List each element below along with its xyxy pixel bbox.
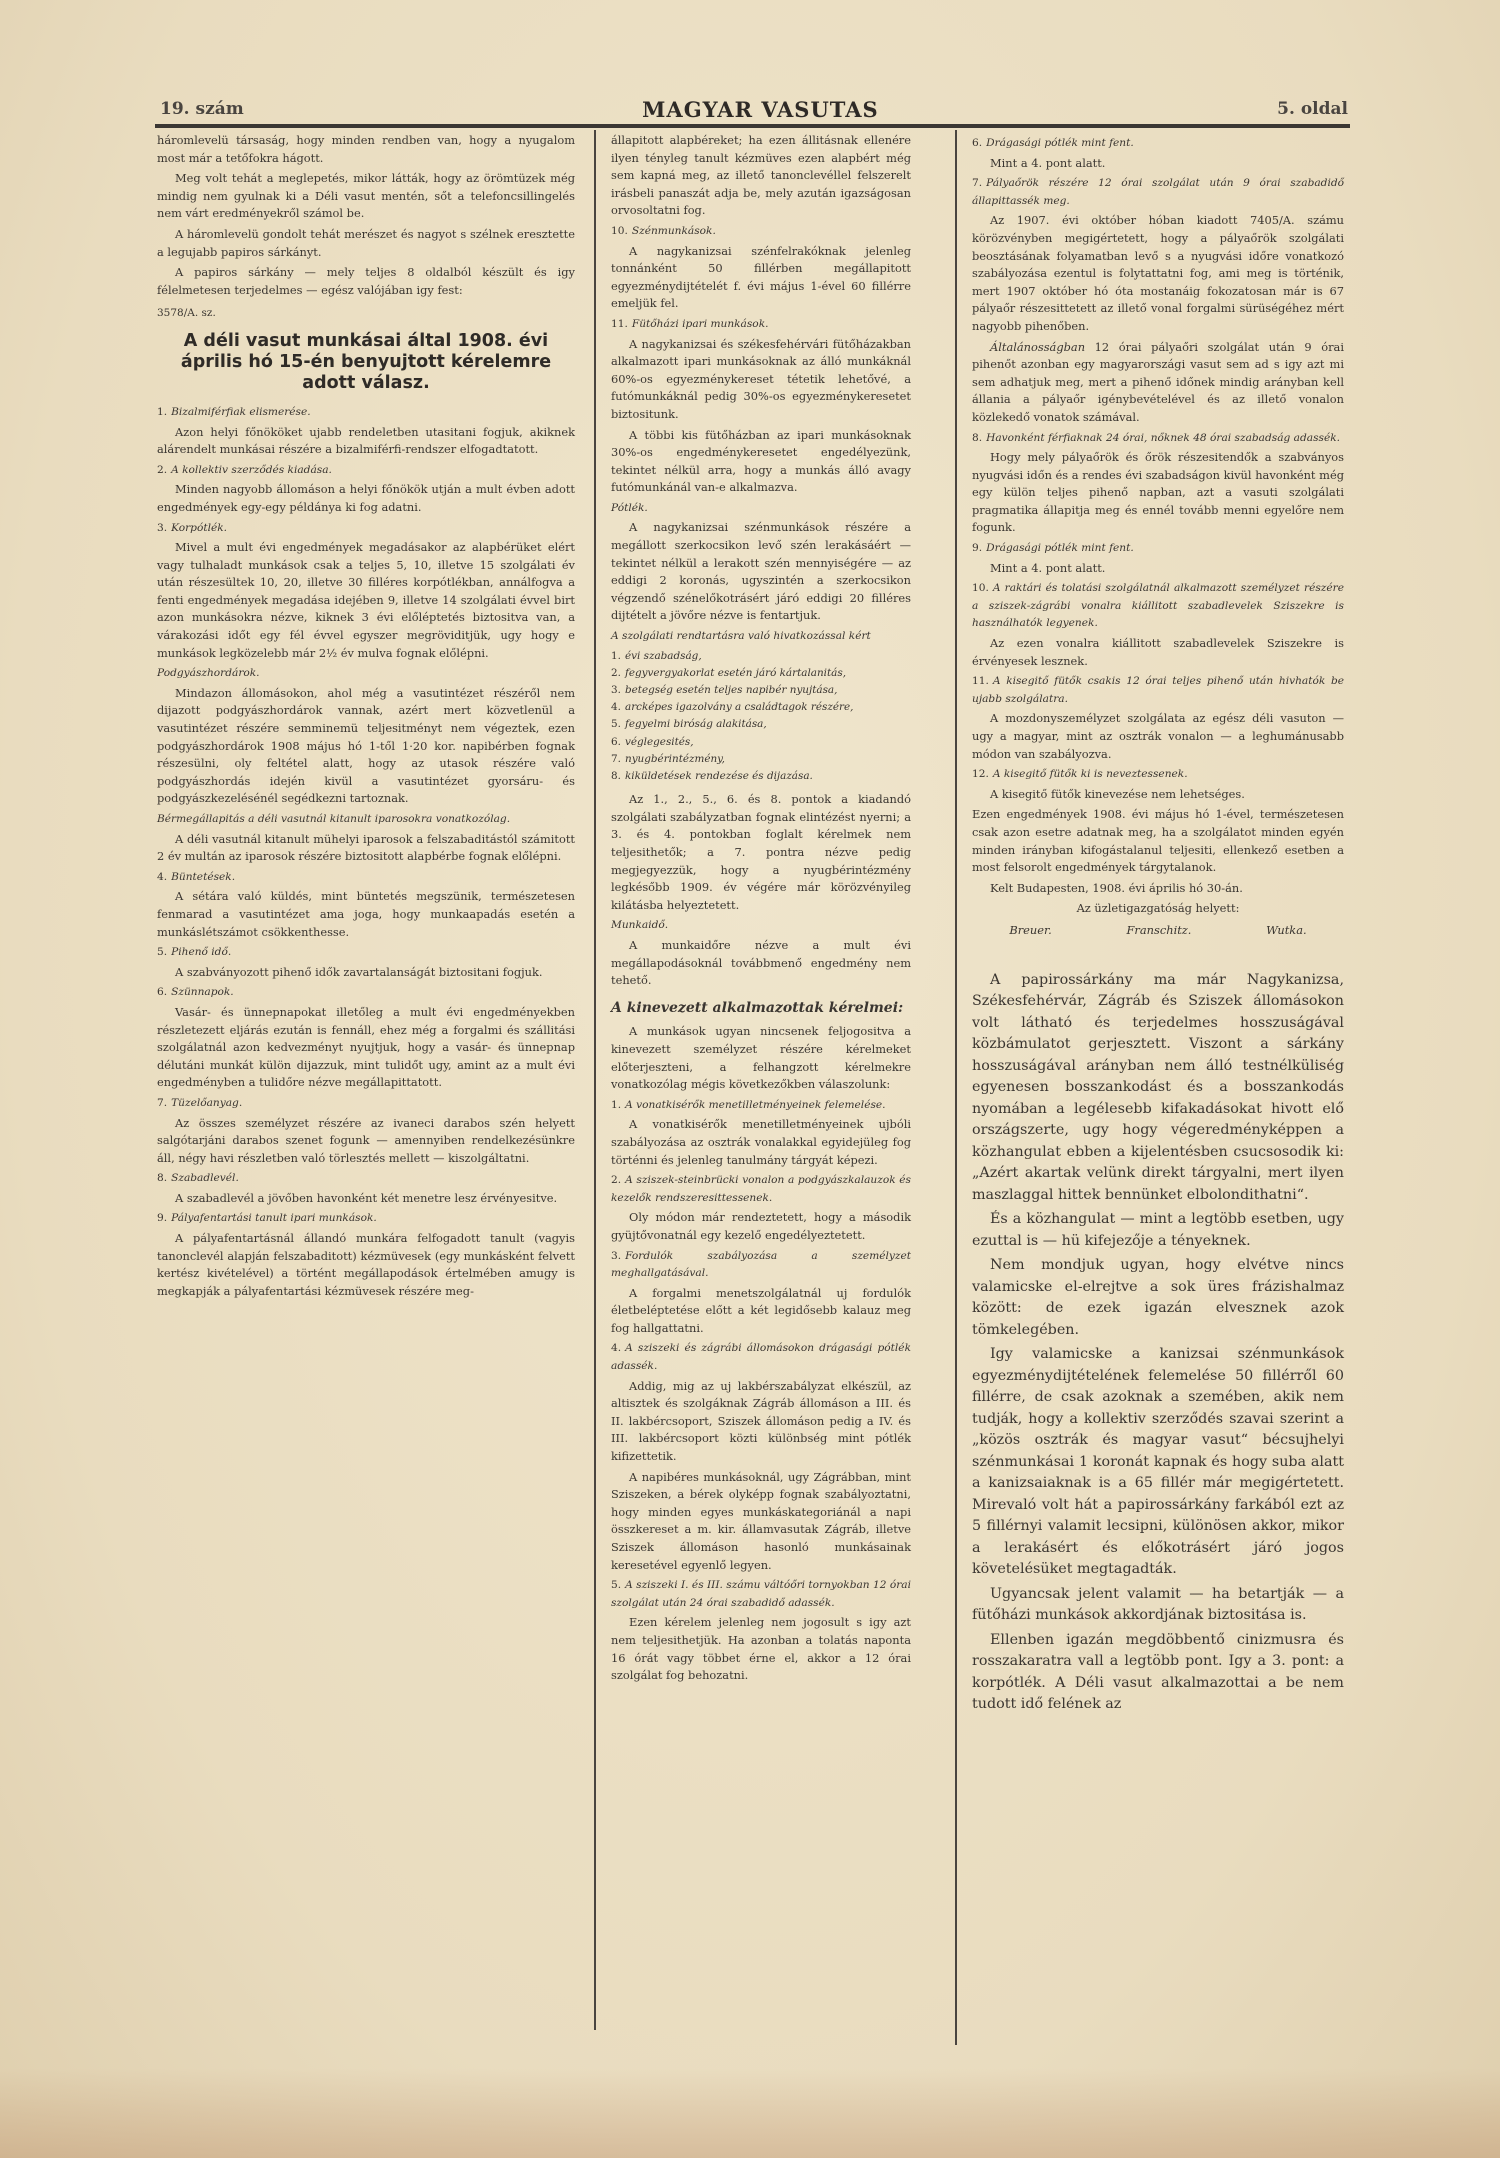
paragraph: Ezen kérelem jelenleg nem jogosult s igy… bbox=[611, 1614, 911, 1684]
paragraph: Azon helyi főnököket ujabb rendeletben u… bbox=[157, 424, 575, 459]
paragraph: A vonatkisérők menetilletményeinek ujból… bbox=[611, 1116, 911, 1169]
signatures: Breuer. Franschitz. Wutka. bbox=[972, 922, 1344, 940]
paragraph: Mint a 4. pont alatt. bbox=[972, 560, 1344, 578]
on-behalf-line: Az üzletigazgatóság helyett: bbox=[972, 900, 1344, 918]
section-heading: 7.Pályaőrök részére 12 órai szolgálat ut… bbox=[972, 175, 1344, 210]
section-heading: 4.Büntetések. bbox=[157, 869, 575, 887]
section-heading: 9.Drágasági pótlék mint fent. bbox=[972, 540, 1344, 558]
list-item: 2.fegyvergyakorlat esetén járó kártalani… bbox=[611, 665, 911, 682]
list-item: 6.véglegesités, bbox=[611, 734, 911, 751]
paragraph: A pályafentartásnál állandó munkára felf… bbox=[157, 1230, 575, 1300]
section-heading: 8.Havonként férfiaknak 24 órai, nőknek 4… bbox=[972, 430, 1344, 448]
column-1: háromlevelü társaság, hogy minden rendbe… bbox=[157, 132, 575, 1303]
list-item: 7.nyugbérintézmény, bbox=[611, 751, 911, 768]
paragraph: Ellenben igazán megdöbbentő cinizmusra é… bbox=[972, 1630, 1344, 1716]
section-heading: A szolgálati rendtartásra való hivatkozá… bbox=[611, 628, 911, 646]
section-heading: 6.Szünnapok. bbox=[157, 984, 575, 1002]
page-edge-shadow bbox=[0, 2068, 1500, 2158]
subsection-heading: A kinevezett alkalmazottak kérelmei: bbox=[611, 1000, 911, 1018]
paragraph: Oly módon már rendeztetett, hogy a másod… bbox=[611, 1209, 911, 1244]
paragraph: Meg volt tehát a meglepetés, mikor láttá… bbox=[157, 170, 575, 223]
paragraph: A szabadlevél a jövőben havonként két me… bbox=[157, 1190, 575, 1208]
list-item: 5.fegyelmi biróság alakitása, bbox=[611, 716, 911, 733]
section-heading: 3.Korpótlék. bbox=[157, 520, 575, 538]
paragraph: És a közhangulat — mint a legtöbb esetbe… bbox=[972, 1209, 1344, 1252]
paragraph: A mozdonyszemélyzet szolgálata az egész … bbox=[972, 710, 1344, 763]
paragraph: A déli vasutnál kitanult mühelyi iparoso… bbox=[157, 831, 575, 866]
section-heading: Munkaidő. bbox=[611, 917, 911, 935]
paragraph: Vasár- és ünnepnapokat illetőleg a mult … bbox=[157, 1004, 575, 1092]
paragraph: A nagykanizsai szénfelrakóknak jelenleg … bbox=[611, 243, 911, 313]
column-divider bbox=[955, 130, 957, 2045]
paragraph: Ugyancsak jelent valamit — ha betartják … bbox=[972, 1584, 1344, 1627]
header-rule bbox=[155, 124, 1350, 128]
paragraph: A forgalmi menetszolgálatnál uj fordulók… bbox=[611, 1285, 911, 1338]
page-header: 19. szám MAGYAR VASUTAS 5. oldal bbox=[160, 94, 1348, 124]
section-heading: 12.A kisegitő fütők ki is neveztessenek. bbox=[972, 766, 1344, 784]
section-heading: 3.Fordulók szabályozása a személyzet meg… bbox=[611, 1248, 911, 1283]
section-heading: 7.Tüzelőanyag. bbox=[157, 1095, 575, 1113]
paragraph: A többi kis fütőházban az ipari munkások… bbox=[611, 427, 911, 497]
article-headline: A déli vasut munkásai által 1908. évi áp… bbox=[157, 331, 575, 394]
section-heading: 5.A sziszeki I. és III. számu váltóőri t… bbox=[611, 1577, 911, 1612]
paragraph: Addig, mig az uj lakbérszabályzat elkész… bbox=[611, 1378, 911, 1466]
paragraph: A nagykanizsai szénmunkások részére a me… bbox=[611, 519, 911, 625]
signer-name: Breuer. bbox=[1009, 922, 1051, 940]
paragraph: A munkások ugyan nincsenek feljogositva … bbox=[611, 1023, 911, 1093]
section-heading: 2.A kollektiv szerződés kiadása. bbox=[157, 462, 575, 480]
paragraph: A munkaidőre nézve a mult évi megállapod… bbox=[611, 937, 911, 990]
section-heading: Bérmegállapitás a déli vasutnál kitanult… bbox=[157, 811, 575, 829]
paragraph: Hogy mely pályaőrök és őrök részesitendő… bbox=[972, 449, 1344, 537]
section-heading: 11.Fütőházi ipari munkások. bbox=[611, 316, 911, 334]
paragraph: állapitott alapbéreket; ha ezen állitásn… bbox=[611, 132, 911, 220]
list-item: 8.kiküldetések rendezése és dijazása. bbox=[611, 768, 911, 785]
section-heading: 2.A sziszek-steinbrücki vonalon a podgyá… bbox=[611, 1172, 911, 1207]
list-item: 3.betegség esetén teljes napibér nyujtás… bbox=[611, 682, 911, 699]
closing-paragraph: Ezen engedmények 1908. évi május hó 1-év… bbox=[972, 806, 1344, 876]
paragraph: Igy valamicske a kanizsai szénmunkások e… bbox=[972, 1344, 1344, 1581]
paragraph: Nem mondjuk ugyan, hogy elvétve nincs va… bbox=[972, 1255, 1344, 1341]
paragraph: Mindazon állomásokon, ahol még a vasutin… bbox=[157, 685, 575, 808]
paragraph: Mint a 4. pont alatt. bbox=[972, 155, 1344, 173]
paragraph: Minden nagyobb állomáson a helyi főnökök… bbox=[157, 481, 575, 516]
issue-number: 19. szám bbox=[160, 99, 244, 119]
section-heading: 10.A raktári és tolatási szolgálatnál al… bbox=[972, 580, 1344, 633]
column-3: 6.Drágasági pótlék mint fent. Mint a 4. … bbox=[972, 132, 1344, 1719]
newspaper-title: MAGYAR VASUTAS bbox=[642, 97, 879, 122]
editorial-commentary: A papirossárkány ma már Nagykanizsa, Szé… bbox=[972, 970, 1344, 1716]
paragraph: A papirossárkány ma már Nagykanizsa, Szé… bbox=[972, 970, 1344, 1207]
paragraph: A háromlevelü gondolt tehát merészet és … bbox=[157, 226, 575, 261]
paragraph: A sétára való küldés, mint büntetés megs… bbox=[157, 888, 575, 941]
section-heading: 10.Szénmunkások. bbox=[611, 223, 911, 241]
section-heading: 5.Pihenő idő. bbox=[157, 944, 575, 962]
section-heading: Pótlék. bbox=[611, 500, 911, 518]
section-heading: 9.Pályafentartási tanult ipari munkások. bbox=[157, 1210, 575, 1228]
paragraph: A papiros sárkány — mely teljes 8 oldalb… bbox=[157, 264, 575, 299]
paragraph: Az 1., 2., 5., 6. és 8. pontok a kiadand… bbox=[611, 791, 911, 914]
page-number: 5. oldal bbox=[1277, 99, 1348, 119]
requested-items-list: 1.évi szabadság, 2.fegyvergyakorlat eset… bbox=[611, 648, 911, 786]
paragraph: Az ezen vonalra kiállitott szabadlevelek… bbox=[972, 635, 1344, 670]
paragraph: Az összes személyzet részére az ivaneci … bbox=[157, 1115, 575, 1168]
signer-name: Franschitz. bbox=[1127, 922, 1192, 940]
paragraph: Mivel a mult évi engedmények megadásakor… bbox=[157, 539, 575, 662]
paragraph: A kisegitő fütők kinevezése nem lehetség… bbox=[972, 786, 1344, 804]
section-heading: 1.A vonatkisérők menetilletményeinek fel… bbox=[611, 1097, 911, 1115]
section-heading: 8.Szabadlevél. bbox=[157, 1170, 575, 1188]
section-heading: 4.A sziszeki és zágrábi állomásokon drág… bbox=[611, 1340, 911, 1375]
section-heading: 6.Drágasági pótlék mint fent. bbox=[972, 135, 1344, 153]
signer-name: Wutka. bbox=[1266, 922, 1306, 940]
column-divider bbox=[594, 130, 596, 2030]
section-heading: 11.A kisegitő fütők csakis 12 órai telje… bbox=[972, 673, 1344, 708]
paragraph: Az 1907. évi október hóban kiadott 7405/… bbox=[972, 212, 1344, 335]
paragraph: Általánosságban 12 órai pályaőri szolgál… bbox=[972, 339, 1344, 427]
list-item: 4.arcképes igazolvány a családtagok rész… bbox=[611, 699, 911, 716]
column-2: állapitott alapbéreket; ha ezen állitásn… bbox=[611, 132, 911, 1688]
section-heading: Podgyászhordárok. bbox=[157, 665, 575, 683]
reference-number: 3578/A. sz. bbox=[157, 305, 575, 323]
section-heading: 1.Bizalmiférfiak elismerése. bbox=[157, 404, 575, 422]
paragraph: A nagykanizsai és székesfehérvári fütőhá… bbox=[611, 336, 911, 424]
paragraph: háromlevelü társaság, hogy minden rendbe… bbox=[157, 132, 575, 167]
list-item: 1.évi szabadság, bbox=[611, 648, 911, 665]
date-line: Kelt Budapesten, 1908. évi április hó 30… bbox=[972, 880, 1344, 898]
paragraph: A szabványozott pihenő idők zavartalansá… bbox=[157, 964, 575, 982]
paragraph: A napibéres munkásoknál, ugy Zágrábban, … bbox=[611, 1469, 911, 1575]
